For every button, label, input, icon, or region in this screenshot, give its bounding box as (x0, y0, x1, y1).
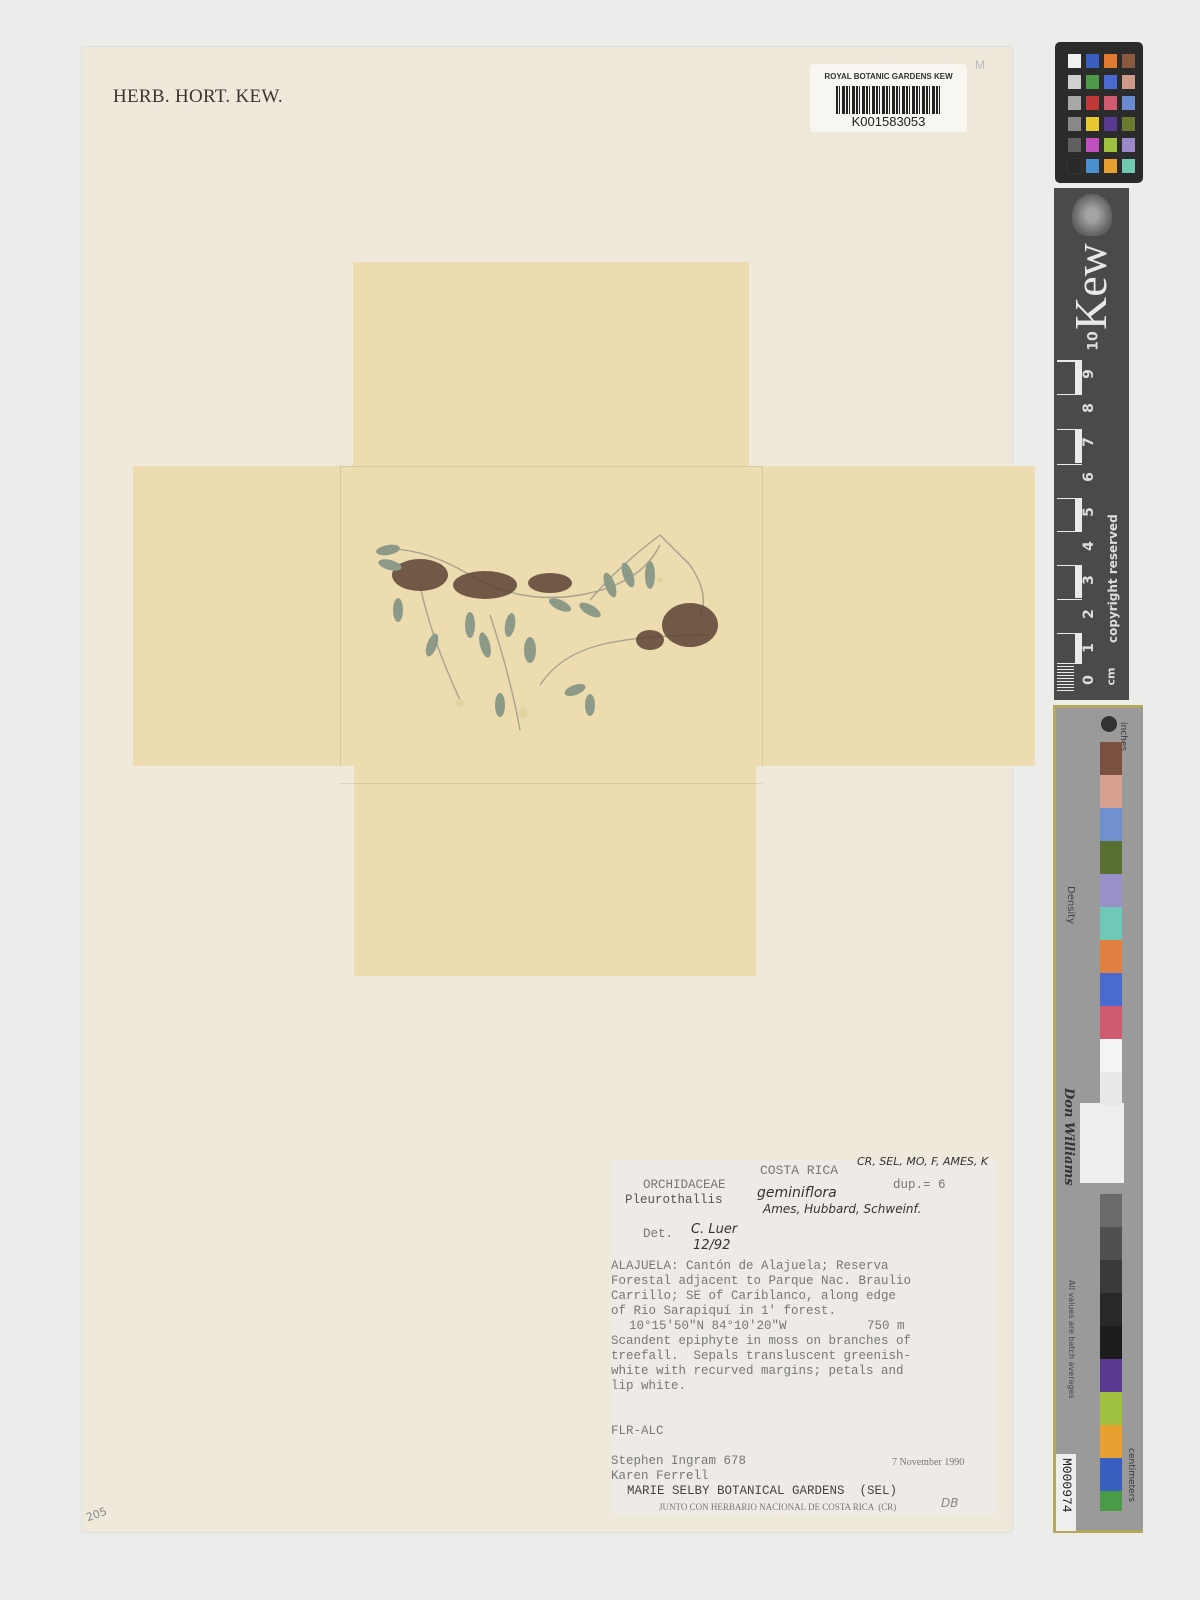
swatch (1086, 159, 1099, 173)
label-date: 7 November 1990 (892, 1455, 964, 1470)
swatch (1100, 907, 1122, 940)
swatch (1100, 1260, 1122, 1293)
swatch (1104, 54, 1117, 68)
swatch (1122, 138, 1135, 152)
swatch (1086, 54, 1099, 68)
swatch (1100, 973, 1122, 1006)
swatch (1100, 874, 1122, 907)
label-authority: Ames, Hubbard, Schweinf. (763, 1202, 921, 1217)
cm-unit: cm (1104, 668, 1117, 686)
cm-tick-1: 1 (1081, 643, 1097, 653)
cm-tick-6: 6 (1081, 472, 1097, 482)
kew-scale-ruler: Kew 10 9 8 7 6 5 4 3 2 1 0 cm copyright … (1054, 188, 1129, 700)
swatch (1068, 138, 1081, 152)
label-det-date: 12/92 (693, 1238, 730, 1253)
swatch (1100, 1425, 1122, 1458)
packet-fold-right (762, 466, 763, 766)
cm-tick-2: 2 (1081, 609, 1097, 619)
cm-tick-0: 0 (1081, 675, 1097, 685)
cm-tick-3: 3 (1081, 575, 1097, 585)
swatch (1104, 159, 1117, 173)
packet-fold-bottom (340, 783, 762, 784)
brand-name: Don Williams (1061, 1088, 1076, 1186)
barcode-institution: ROYAL BOTANIC GARDENS KEW (810, 72, 967, 81)
swatch (1104, 138, 1117, 152)
barcode-bars (836, 86, 940, 114)
swatch (1104, 75, 1117, 89)
herbarium-title: HERB. HORT. KEW. (113, 86, 283, 108)
swatch (1100, 1293, 1122, 1326)
batch-note: All values are batch averages (1067, 1280, 1076, 1399)
specimen-label: COSTA RICA CR, SEL, MO, F, AMES, K ORCHI… (611, 1160, 996, 1515)
swatch (1100, 1006, 1122, 1039)
label-habitat-4: lip white. (611, 1379, 686, 1394)
cm-tick-4: 4 (1081, 541, 1097, 551)
kew-crest-icon (1072, 194, 1112, 236)
corner-mark: M (975, 58, 985, 72)
swatch (1100, 940, 1122, 973)
cm-tick-8: 8 (1081, 403, 1097, 413)
label-locality-4: of Rio Sarapiquí in 1' forest. (611, 1304, 836, 1319)
strip-id: M000974 (1059, 1458, 1074, 1513)
label-partner: JUNTO CON HERBARIO NACIONAL DE COSTA RIC… (659, 1500, 896, 1515)
plant-specimen (360, 505, 760, 745)
label-family: ORCHIDACEAE (643, 1178, 726, 1193)
kew-logo: Kew (1064, 243, 1117, 330)
cm-scale-bar (1057, 360, 1082, 695)
swatch (1100, 1359, 1122, 1392)
swatch (1068, 75, 1081, 89)
density-colour-strip: inches Density Don Williams All values a… (1053, 705, 1143, 1533)
strip-id-label: M000974 (1056, 1454, 1076, 1531)
label-centimeters: centimeters (1126, 1448, 1136, 1502)
label-initials: DB (941, 1496, 958, 1511)
swatch (1104, 96, 1117, 110)
swatch (1100, 1194, 1122, 1227)
resolution-target (1080, 1103, 1124, 1183)
label-country: COSTA RICA (760, 1163, 838, 1178)
swatch (1100, 1039, 1122, 1072)
swatch (1100, 1326, 1122, 1359)
swatch (1100, 775, 1122, 808)
swatch (1086, 75, 1099, 89)
packet-bottom-flap (354, 766, 756, 976)
label-distribution: CR, SEL, MO, F, AMES, K (857, 1154, 988, 1169)
barcode-label: ROYAL BOTANIC GARDENS KEW K001583053 (810, 64, 967, 132)
swatch (1100, 1072, 1122, 1105)
swatch (1100, 1227, 1122, 1260)
swatch (1068, 117, 1081, 131)
swatch (1100, 1458, 1122, 1491)
label-genus: Pleurothallis (625, 1193, 723, 1208)
label-density: Density (1065, 886, 1076, 924)
colour-checker-card (1055, 42, 1143, 183)
swatch (1122, 75, 1135, 89)
label-habitat-3: white with recurved margins; petals and (611, 1364, 904, 1379)
swatch (1086, 117, 1099, 131)
cm-tick-9: 9 (1081, 369, 1097, 379)
label-determiner: C. Luer (691, 1222, 737, 1237)
cm-tick-7: 7 (1081, 437, 1097, 447)
label-habitat-2: treefall. Sepals transluscent greenish- (611, 1349, 911, 1364)
swatch (1100, 742, 1122, 775)
label-species: geminiflora (757, 1186, 837, 1201)
swatch (1100, 1491, 1122, 1511)
label-locality-2: Forestal adjacent to Parque Nac. Braulio (611, 1274, 911, 1289)
swatch (1122, 117, 1135, 131)
swatch (1086, 138, 1099, 152)
cm-tick-5: 5 (1081, 507, 1097, 517)
label-institution: MARIE SELBY BOTANICAL GARDENS (SEL) (627, 1484, 897, 1499)
swatch (1100, 1392, 1122, 1425)
packet-top-flap (353, 262, 749, 467)
label-habitat-1: Scandent epiphyte in moss on branches of (611, 1334, 911, 1349)
label-phenology: FLR-ALC (611, 1424, 664, 1439)
swatch (1100, 808, 1122, 841)
registration-dot (1101, 716, 1117, 732)
cm-tick-10: 10 (1086, 331, 1102, 350)
label-elevation: 750 m (867, 1319, 905, 1334)
packet-fold-top (340, 466, 762, 467)
swatch (1068, 159, 1081, 173)
label-duplicates: dup.= 6 (893, 1178, 946, 1193)
barcode-number: K001583053 (810, 114, 967, 129)
label-locality-1: ALAJUELA: Cantón de Alajuela; Reserva (611, 1259, 889, 1274)
label-locality-3: Carrillo; SE of Cariblanco, along edge (611, 1289, 896, 1304)
swatch (1104, 117, 1117, 131)
label-coordinates: 10°15'50"N 84°10'20"W (629, 1319, 787, 1334)
label-co-collector: Karen Ferrell (611, 1469, 709, 1484)
swatch (1122, 96, 1135, 110)
packet-fold-left (340, 466, 341, 766)
label-collector: Stephen Ingram 678 (611, 1454, 746, 1469)
label-det-prefix: Det. (643, 1227, 673, 1242)
swatch (1068, 54, 1081, 68)
swatch (1122, 159, 1135, 173)
swatch (1100, 841, 1122, 874)
swatch (1122, 54, 1135, 68)
swatch (1068, 96, 1081, 110)
swatch (1086, 96, 1099, 110)
kew-copyright: copyright reserved (1106, 514, 1120, 643)
